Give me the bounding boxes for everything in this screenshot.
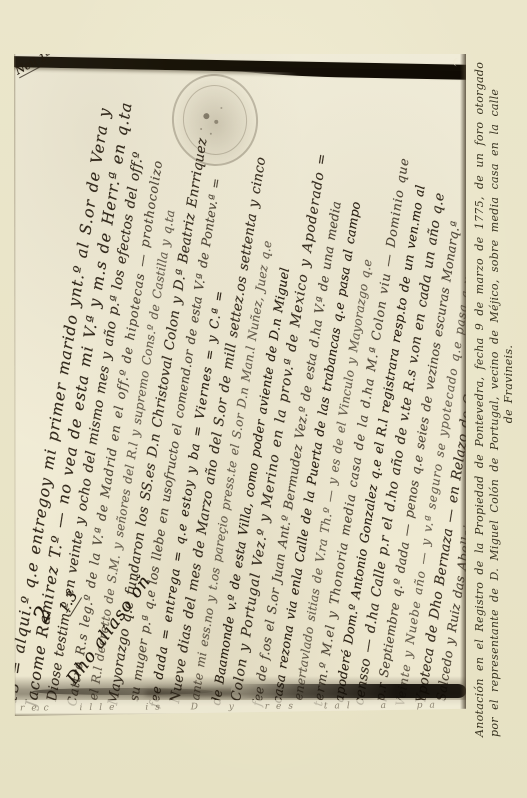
figure-caption: Anotación en el Registro de la Propiedad… [473, 31, 517, 737]
caption-line-1: Anotación en el Registro de la Propiedad… [473, 31, 488, 737]
clipped-line-bottoms: rec ille is D y res tal a pa al [20, 700, 460, 713]
caption-line-2: por el representante de D. Miguel Colón … [488, 31, 503, 737]
photo-right-edge [460, 54, 466, 716]
caption-line-3: de Fravineis. [502, 31, 517, 737]
book-page: 13 = alqui.º q.e entregoy mi primer mari… [0, 0, 527, 798]
photo-bottom-edge [14, 713, 466, 716]
photo-left-edge [14, 54, 16, 716]
manuscript-photo-plate: 13 = alqui.º q.e entregoy mi primer mari… [14, 54, 466, 716]
